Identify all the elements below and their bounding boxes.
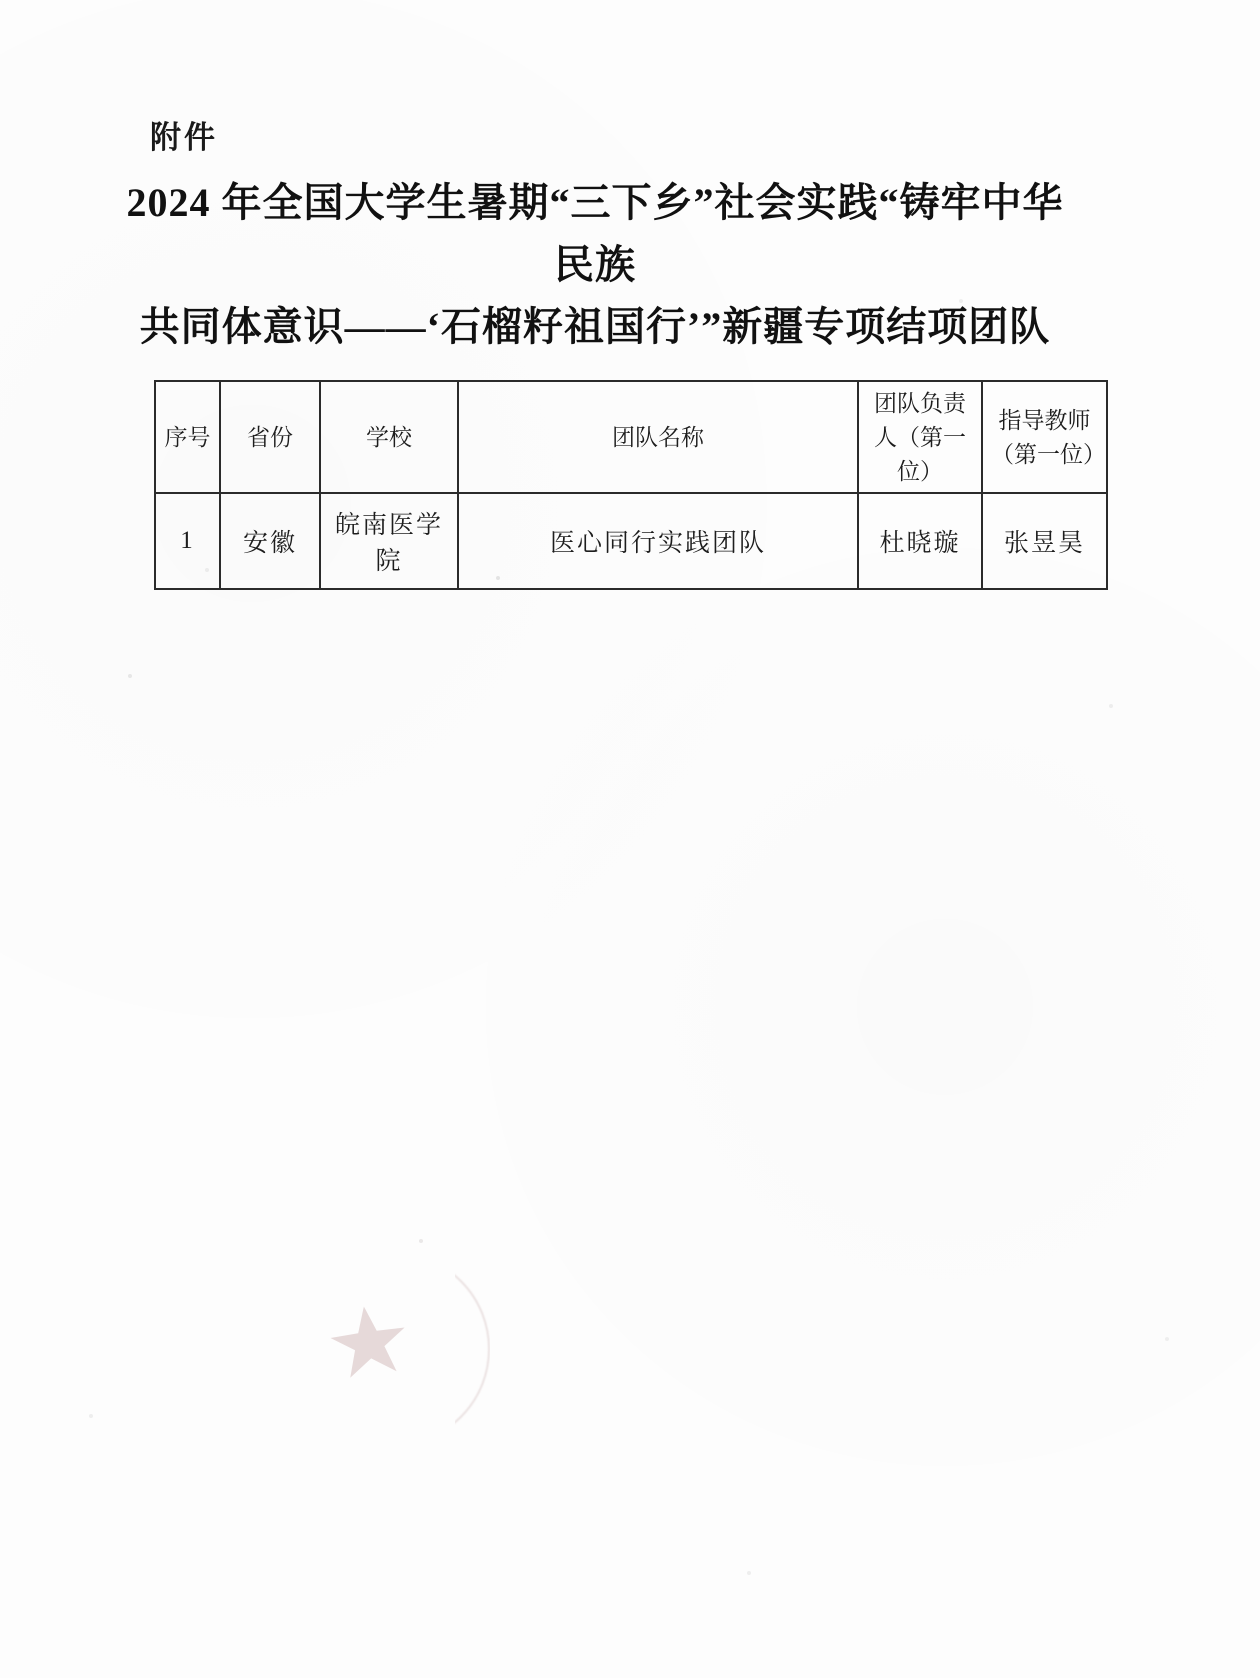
seal-arc-mark bbox=[296, 1252, 490, 1446]
table-row: 1 安徽 皖南医学院 医心同行实践团队 杜晓璇 张昱昊 bbox=[155, 493, 1107, 589]
scan-speckles bbox=[0, 0, 2, 2]
attachment-label: 附件 bbox=[150, 112, 218, 157]
document-title: 2024 年全国大学生暑期“三下乡”社会实践“铸牢中华民族 共同体意识——‘石榴… bbox=[120, 172, 1070, 358]
document-page: 附件 2024 年全国大学生暑期“三下乡”社会实践“铸牢中华民族 共同体意识——… bbox=[0, 0, 1260, 1678]
table-header-row: 序号 省份 学校 团队名称 团队负责人（第一位） 指导教师（第一位） bbox=[155, 381, 1107, 493]
cell-serial: 1 bbox=[155, 493, 220, 589]
star-watermark bbox=[325, 1301, 413, 1385]
cell-team-name: 医心同行实践团队 bbox=[458, 493, 858, 589]
header-advisor: 指导教师（第一位） bbox=[982, 381, 1107, 493]
title-line-2: 共同体意识——‘石榴籽祖国行’”新疆专项结项团队 bbox=[120, 296, 1070, 358]
cell-advisor: 张昱昊 bbox=[982, 493, 1107, 589]
header-serial: 序号 bbox=[155, 381, 220, 493]
cell-province: 安徽 bbox=[220, 493, 320, 589]
header-province: 省份 bbox=[220, 381, 320, 493]
cell-team-leader: 杜晓璇 bbox=[858, 493, 982, 589]
teams-table: 序号 省份 学校 团队名称 团队负责人（第一位） 指导教师（第一位） 1 安徽 … bbox=[154, 380, 1108, 590]
header-team-leader: 团队负责人（第一位） bbox=[858, 381, 982, 493]
cell-school: 皖南医学院 bbox=[320, 493, 458, 589]
title-line-1: 2024 年全国大学生暑期“三下乡”社会实践“铸牢中华民族 bbox=[120, 172, 1070, 296]
header-school: 学校 bbox=[320, 381, 458, 493]
header-team-name: 团队名称 bbox=[458, 381, 858, 493]
